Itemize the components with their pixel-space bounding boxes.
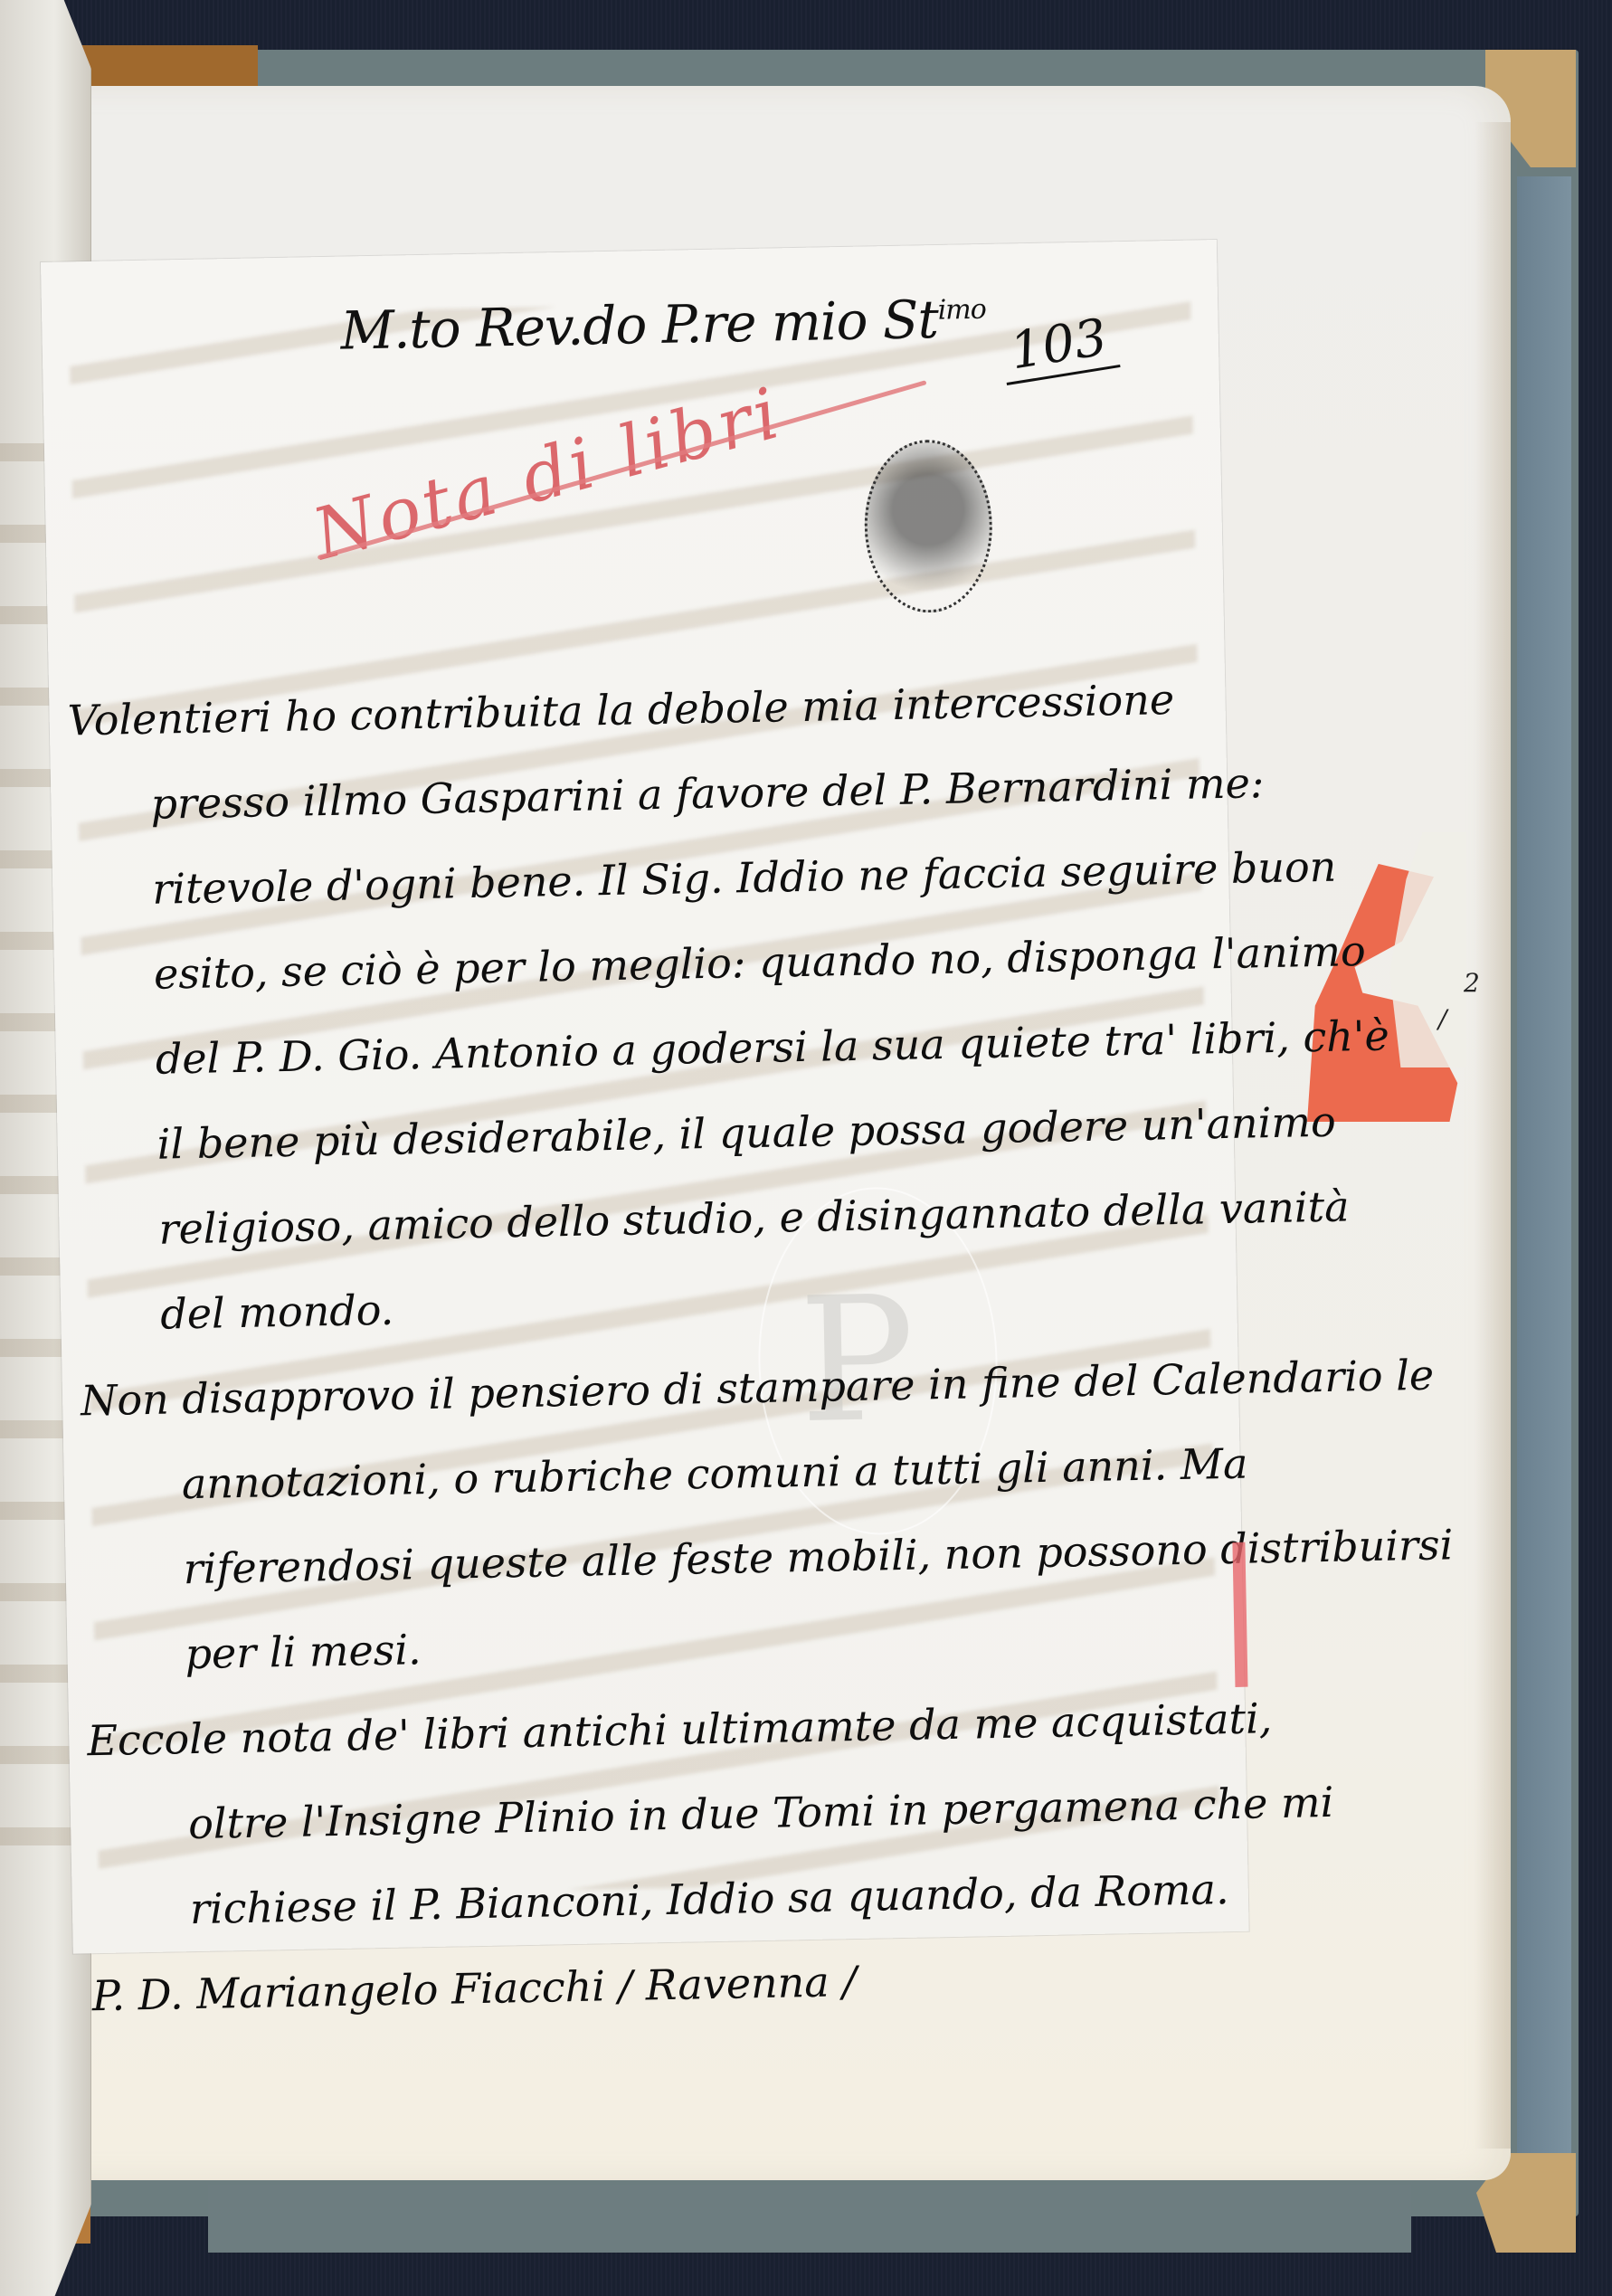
- mounting-sheet-edge: [1475, 122, 1511, 2149]
- letter-sheet: P M.to Rev.do P.re mio Stimo 103 Nota di…: [41, 240, 1249, 1954]
- salutation-main: M.to Rev.do P.re mio St: [340, 289, 939, 362]
- fragment-mark: 2: [1464, 968, 1480, 998]
- salutation: M.to Rev.do P.re mio Stimo: [340, 288, 987, 362]
- letter-body: Volentieri ho contribuita la debole mia …: [58, 656, 1242, 2038]
- fragment-mark: /: [1438, 1004, 1446, 1034]
- binding-bottom-strip: [208, 2185, 1411, 2253]
- salutation-superscript: imo: [937, 294, 986, 327]
- binding-blue-strip: [1517, 176, 1571, 2185]
